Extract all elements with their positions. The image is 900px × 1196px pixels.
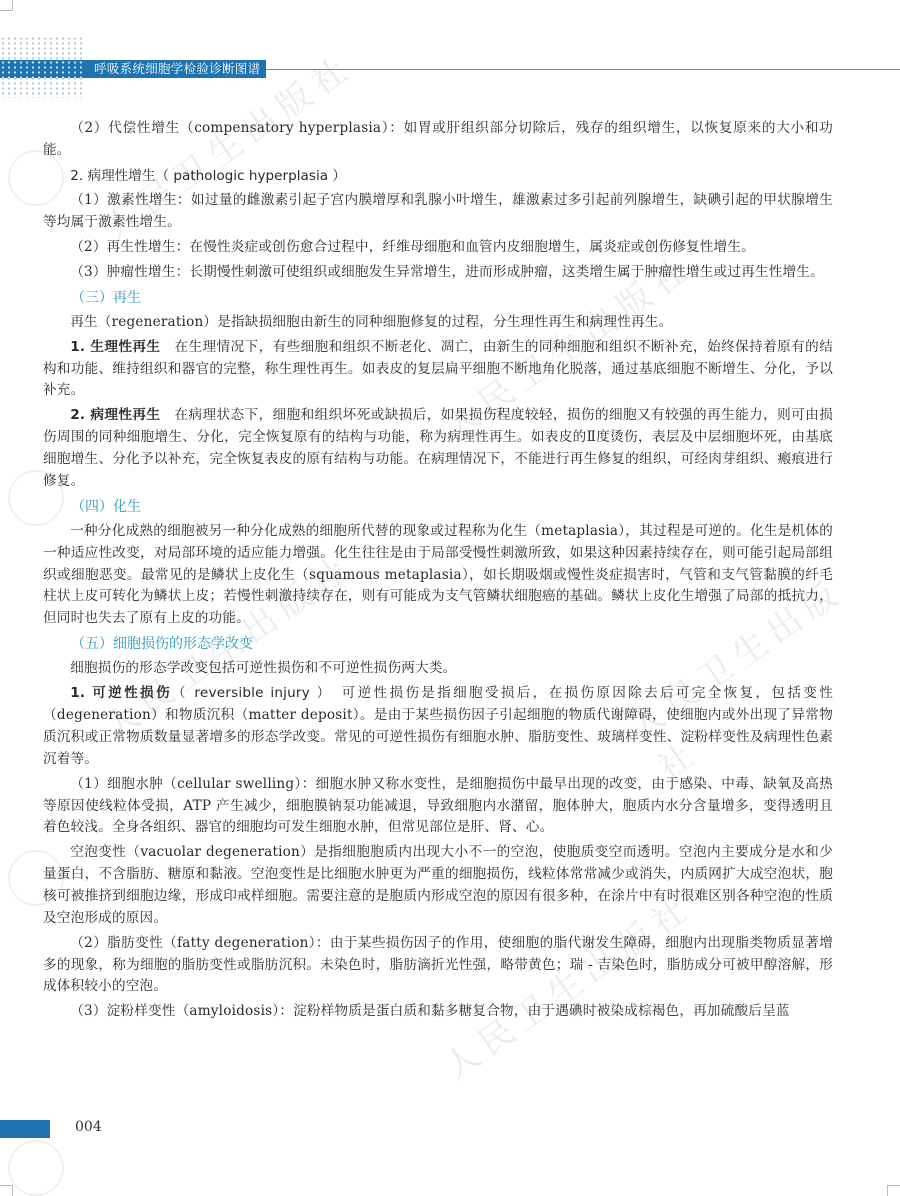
- running-title-band: 呼吸系统细胞学检验诊断图谱: [0, 60, 266, 78]
- paragraph: 2. 病理性再生 在病理状态下，细胞和组织坏死或缺损后，如果损伤程度较轻，损伤的…: [43, 405, 833, 492]
- page-body: （2）代偿性增生（compensatory hyperplasia）：如胃或肝组…: [43, 118, 833, 1026]
- paragraph: 细胞损伤的形态学改变包括可逆性损伤和不可逆性损伤两大类。: [43, 658, 833, 680]
- paragraph: （3）淀粉样变性（amyloidosis）：淀粉样物质是蛋白质和黏多糖复合物，由…: [43, 1001, 833, 1023]
- paragraph: 空泡变性（vacuolar degeneration）是指细胞胞质内出现大小不一…: [43, 842, 833, 929]
- paragraph: （1）激素性增生：如过量的雌激素引起子宫内膜增厚和乳腺小叶增生，雄激素过多引起前…: [43, 190, 833, 234]
- inline-heading: 2. 病理性再生: [70, 407, 160, 423]
- paragraph-text: 在生理情况下，有些细胞和组织不断老化、凋亡，由新生的同种细胞和组织不断补充，始终…: [43, 339, 833, 399]
- paragraph: 1. 可逆性损伤（ reversible injury ） 可逆性损伤是指细胞受…: [43, 683, 833, 770]
- inline-heading-english: （ reversible injury ）: [172, 685, 326, 701]
- dot-pattern-decoration: [0, 60, 82, 78]
- crop-mark-top-left: [0, 0, 13, 11]
- paragraph: （2）脂肪变性（fatty degeneration）：由于某些损伤因子的作用，…: [43, 933, 833, 998]
- paragraph: 再生（regeneration）是指缺损细胞由新生的同种细胞修复的过程，分生理性…: [43, 312, 833, 334]
- inline-heading-number: 1. 可逆性损伤: [70, 685, 172, 701]
- paragraph: （3）肿瘤性增生：长期慢性刺激可使组织或细胞发生异常增生，进而形成肿瘤，这类增生…: [43, 262, 833, 284]
- running-title: 呼吸系统细胞学检验诊断图谱: [94, 60, 260, 78]
- crop-mark-bottom-left: [0, 1185, 13, 1196]
- section-heading-regeneration: （三）再生: [43, 287, 833, 309]
- subsection-heading-english: （ pathologic hyperplasia ）: [155, 168, 346, 184]
- section-heading-cell-injury: （五）细胞损伤的形态学改变: [43, 633, 833, 655]
- page-number: 004: [75, 1119, 102, 1135]
- inline-heading: 1. 生理性再生: [70, 339, 160, 355]
- section-heading-metaplasia: （四）化生: [43, 496, 833, 518]
- watermark-logo-icon: [8, 1140, 64, 1196]
- paragraph: （2）再生性增生：在慢性炎症或创伤愈合过程中，纤维母细胞和血管内皮细胞增生，属炎…: [43, 237, 833, 259]
- page-number-tab: [0, 1120, 50, 1138]
- inline-heading: 1. 可逆性损伤（ reversible injury ）: [70, 685, 326, 701]
- running-header: 呼吸系统细胞学检验诊断图谱: [0, 36, 900, 98]
- paragraph: （2）代偿性增生（compensatory hyperplasia）：如胃或肝组…: [43, 118, 833, 162]
- paragraph: 一种分化成熟的细胞被另一种分化成熟的细胞所代替的现象或过程称为化生（metapl…: [43, 521, 833, 630]
- paragraph: 1. 生理性再生 在生理情况下，有些细胞和组织不断老化、凋亡，由新生的同种细胞和…: [43, 337, 833, 402]
- header-rule: [266, 69, 900, 70]
- crop-mark-bottom-right: [887, 1185, 900, 1196]
- subsection-heading-number: 2. 病理性增生: [70, 168, 155, 184]
- paragraph: （1）细胞水肿（cellular swelling）：细胞水肿又称水变性，是细胞…: [43, 774, 833, 839]
- subsection-heading: 2. 病理性增生（ pathologic hyperplasia ）: [43, 165, 833, 187]
- paragraph-text: 在病理状态下，细胞和组织坏死或缺损后，如果损伤程度较轻，损伤的细胞又有较强的再生…: [43, 407, 833, 488]
